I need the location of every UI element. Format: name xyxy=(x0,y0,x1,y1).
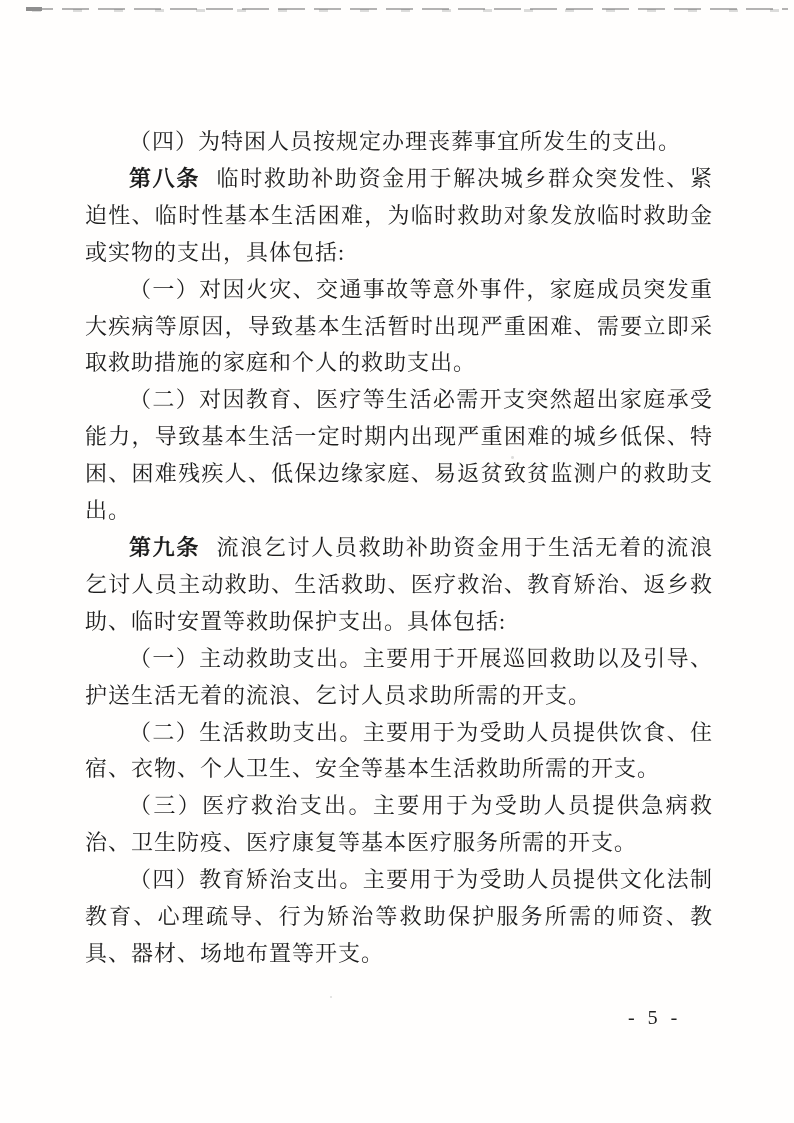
paragraph: （一）主动救助支出。主要用于开展巡回救助以及引导、护送生活无着的流浪、乞讨人员求… xyxy=(85,641,713,715)
scan-noise-artifact xyxy=(26,7,788,12)
paragraph: （四）教育矫治支出。主要用于为受助人员提供文化法制教育、心理疏导、行为矫治等救助… xyxy=(85,862,713,973)
paragraph-text: （三）医疗救治支出。主要用于为受助人员提供急病救治、卫生防疫、医疗康复等基本医疗… xyxy=(85,793,713,855)
paragraph: （一）对因火灾、交通事故等意外事件，家庭成员突发重大疾病等原因，导致基本生活暂时… xyxy=(85,272,713,383)
page-number: - 5 - xyxy=(628,1007,681,1030)
paragraph: 第九条流浪乞讨人员救助补助资金用于生活无着的流浪乞讨人员主动救助、生活救助、医疗… xyxy=(85,530,713,641)
paragraph: （三）医疗救治支出。主要用于为受助人员提供急病救治、卫生防疫、医疗康复等基本医疗… xyxy=(85,788,713,862)
paragraph: （二）对因教育、医疗等生活必需开支突然超出家庭承受能力，导致基本生活一定时期内出… xyxy=(85,382,713,530)
paragraph: 第八条临时救助补助资金用于解决城乡群众突发性、紧迫性、临时性基本生活困难，为临时… xyxy=(85,161,713,272)
paragraph-text: （四）教育矫治支出。主要用于为受助人员提供文化法制教育、心理疏导、行为矫治等救助… xyxy=(85,867,713,966)
document-body: （四）为特困人员按规定办理丧葬事宜所发生的支出。 第八条临时救助补助资金用于解决… xyxy=(85,124,713,973)
paragraph: （四）为特困人员按规定办理丧葬事宜所发生的支出。 xyxy=(85,124,713,161)
article-heading: 第八条 xyxy=(129,166,200,191)
article-heading: 第九条 xyxy=(129,535,200,560)
paragraph-text: （二）生活救助支出。主要用于为受助人员提供饮食、住宿、衣物、个人卫生、安全等基本… xyxy=(85,720,713,782)
paragraph: （二）生活救助支出。主要用于为受助人员提供饮食、住宿、衣物、个人卫生、安全等基本… xyxy=(85,715,713,789)
scan-speck xyxy=(330,996,332,998)
paragraph-text: （一）对因火灾、交通事故等意外事件，家庭成员突发重大疾病等原因，导致基本生活暂时… xyxy=(85,277,713,376)
paragraph-text: （二）对因教育、医疗等生活必需开支突然超出家庭承受能力，导致基本生活一定时期内出… xyxy=(85,387,713,523)
document-page: （四）为特困人员按规定办理丧葬事宜所发生的支出。 第八条临时救助补助资金用于解决… xyxy=(0,0,794,1123)
paragraph-text: （四）为特困人员按规定办理丧葬事宜所发生的支出。 xyxy=(129,129,681,154)
paragraph-text: （一）主动救助支出。主要用于开展巡回救助以及引导、护送生活无着的流浪、乞讨人员求… xyxy=(85,646,713,708)
